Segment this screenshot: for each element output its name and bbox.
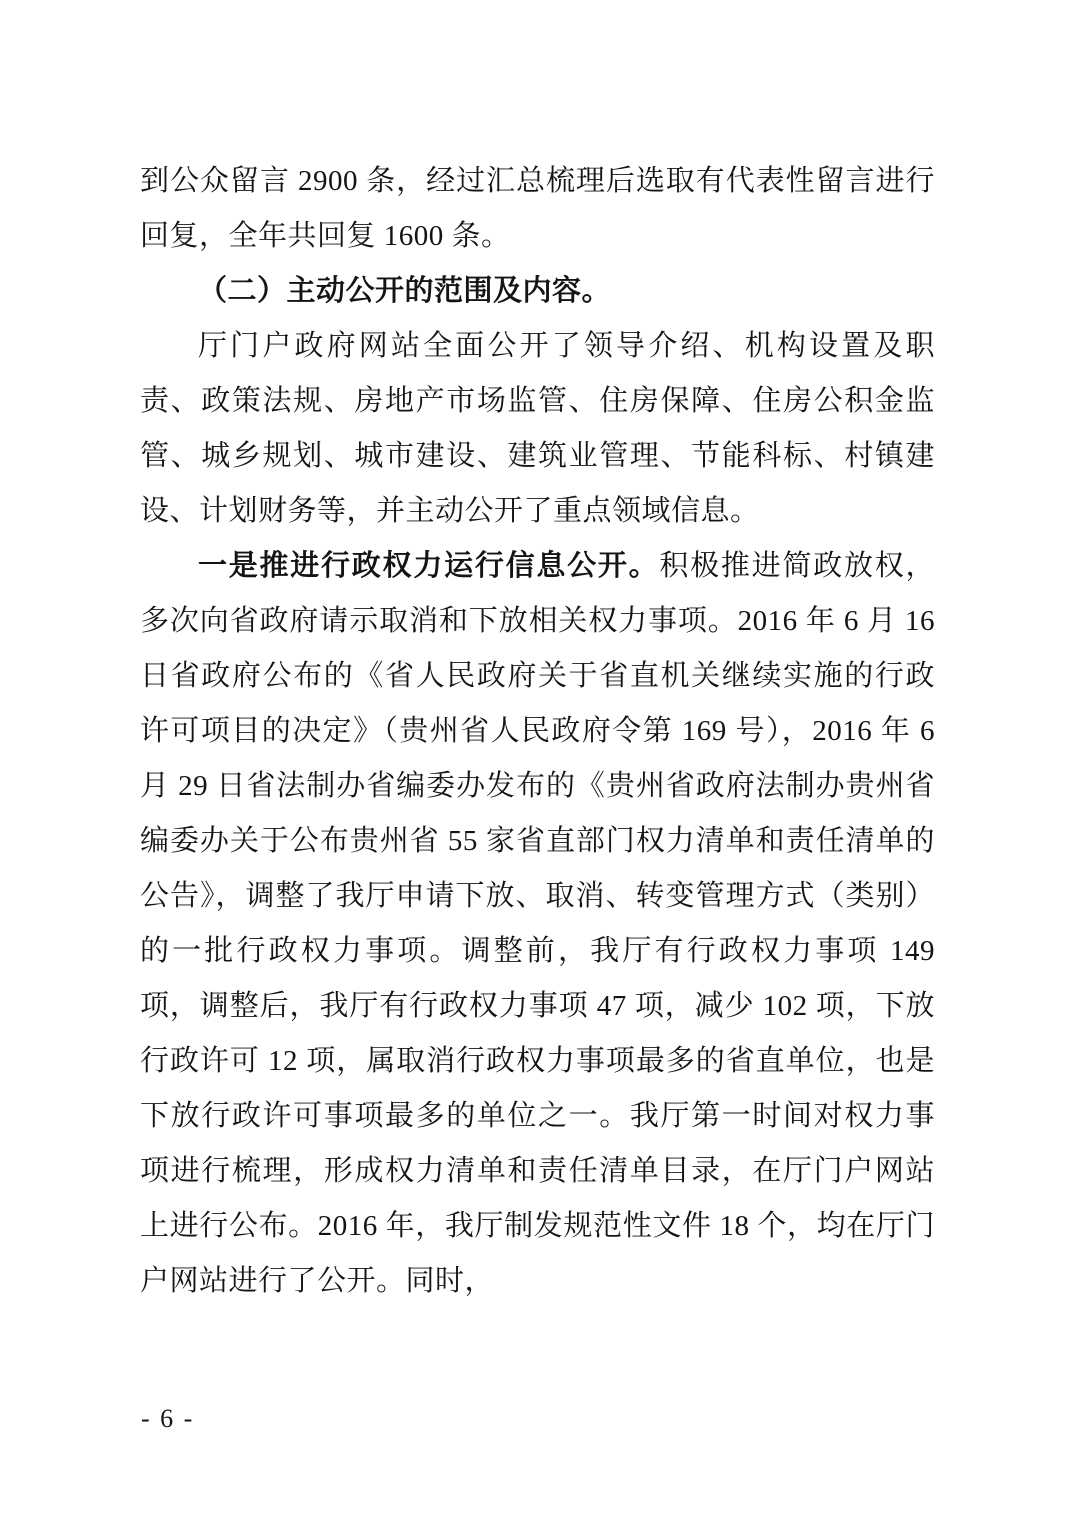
paragraph-lead-bold: 一是推进行政权力运行信息公开。 (198, 550, 659, 582)
paragraph-continuation: 到公众留言 2900 条，经过汇总梳理后选取有代表性留言进行回复，全年共回复 1… (140, 154, 935, 264)
paragraph-admin-power: 一是推进行政权力运行信息公开。积极推进简政放权，多次向省政府请示取消和下放相关权… (140, 539, 935, 1309)
document-body: 到公众留言 2900 条，经过汇总梳理后选取有代表性留言进行回复，全年共回复 1… (140, 154, 935, 1309)
section-heading: （二）主动公开的范围及内容。 (140, 264, 935, 319)
document-page: 到公众留言 2900 条，经过汇总梳理后选取有代表性留言进行回复，全年共回复 1… (0, 0, 1074, 1520)
paragraph-lead-body: 积极推进简政放权，多次向省政府请示取消和下放相关权力事项。2016 年 6 月 … (140, 550, 935, 1297)
page-number: - 6 - (141, 1404, 194, 1434)
paragraph-website-scope: 厅门户政府网站全面公开了领导介绍、机构设置及职责、政策法规、房地产市场监管、住房… (140, 319, 935, 539)
